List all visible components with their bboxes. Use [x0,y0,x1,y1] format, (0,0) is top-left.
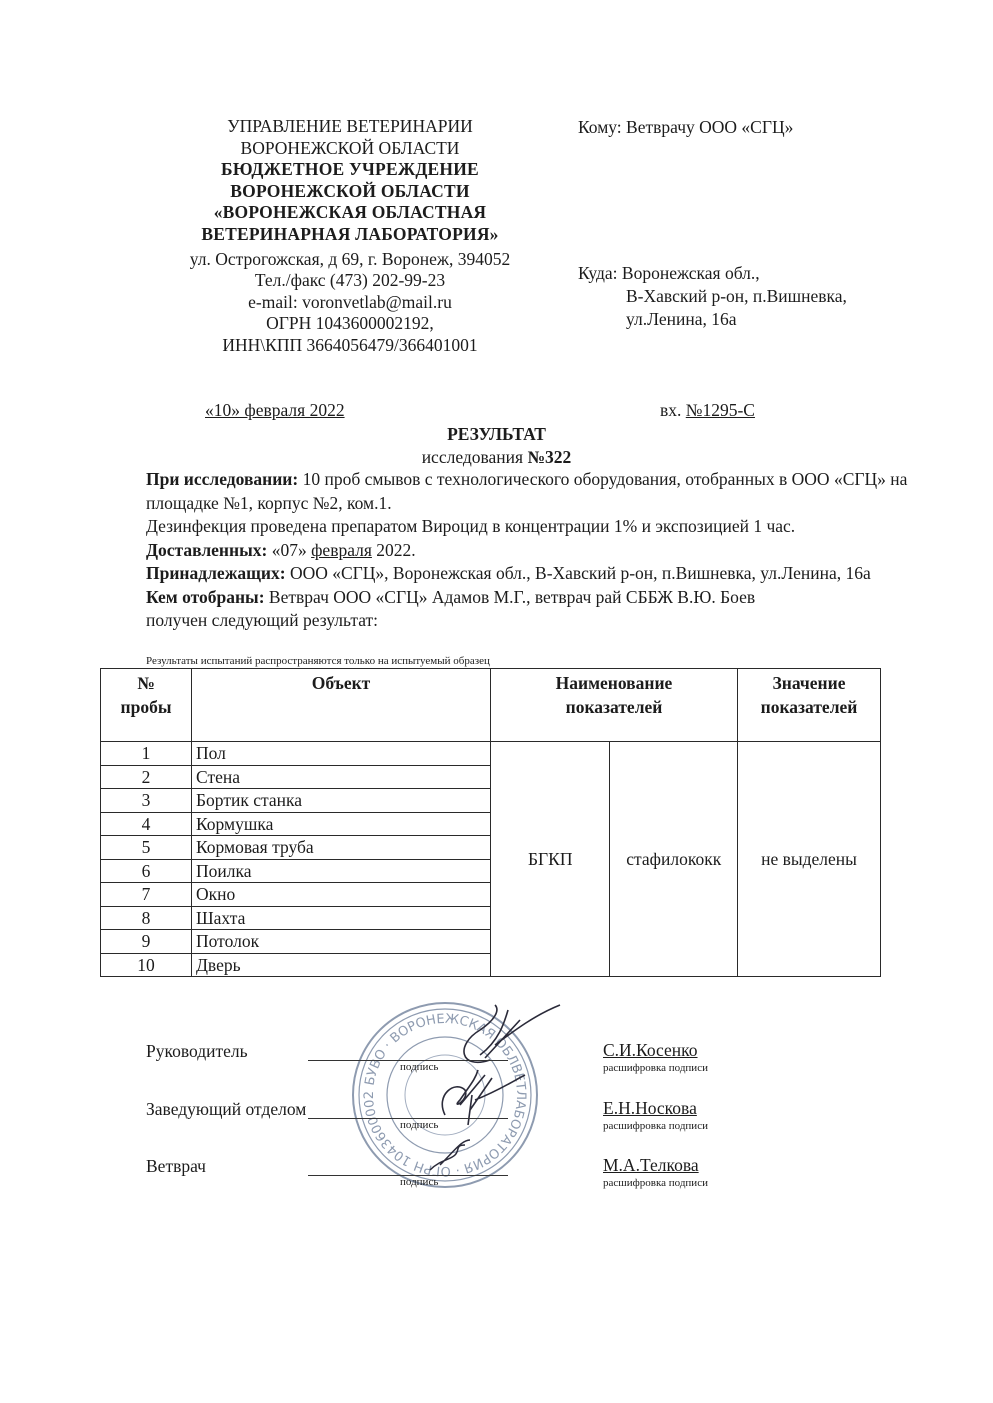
signature-caption: подпись [400,1176,438,1188]
signature-scribbles-icon [400,1000,600,1190]
table-header-row: № пробы Объект Наименование показателей … [101,669,881,742]
document-title: РЕЗУЛЬТАТ [0,424,993,445]
sample-no: 1 [101,742,192,766]
signer-role: Руководитель [146,1041,248,1062]
organization-header: УПРАВЛЕНИЕ ВЕТЕРИНАРИИ ВОРОНЕЖСКОЙ ОБЛАС… [150,116,550,357]
delivered-label: Доставленных: [146,540,267,560]
document-subtitle: исследования №322 [0,447,993,468]
sample-object: Кормушка [192,812,491,836]
incoming-no: №1295-С [686,400,755,420]
sampled-info: Кем отобраны: Ветврач ООО «СГЦ» Адамов М… [146,586,946,610]
sample-object: Кормовая труба [192,836,491,860]
delivered-info: Доставленных: «07» февраля 2022. [146,539,946,563]
signer-name: С.И.Косенко [603,1040,698,1061]
sample-no: 6 [101,859,192,883]
org-bold-line: ВЕТЕРИНАРНАЯ ЛАБОРАТОРИЯ» [150,224,550,246]
subtitle-prefix: исследования [422,447,528,467]
delivered-day: «07» [267,540,311,560]
org-inn: ИНН\КПП 3664056479/366401001 [150,335,550,357]
sample-no: 5 [101,836,192,860]
sample-no: 7 [101,883,192,907]
owner-label: Принадлежащих: [146,563,286,583]
indicator-staph: стафилококк [610,742,738,977]
signer-name: М.А.Телкова [603,1155,699,1176]
org-line: ВОРОНЕЖСКОЙ ОБЛАСТИ [150,138,550,160]
indicator-bgkp: БГКП [491,742,610,977]
sample-object: Бортик станка [192,789,491,813]
sample-object: Дверь [192,953,491,977]
org-phone: Тел./факс (473) 202-99-23 [150,270,550,292]
recipient-address-line: ул.Ленина, 16а [578,308,847,331]
signer-name-caption: расшифровка подписи [603,1177,708,1189]
org-email: e-mail: voronvetlab@mail.ru [150,292,550,314]
header-indicator-value: Значение показателей [738,669,881,742]
header-object: Объект [192,669,491,742]
org-bold-line: «ВОРОНЕЖСКАЯ ОБЛАСТНАЯ [150,202,550,224]
disinfection-info: Дезинфекция проведена препаратом Вироцид… [146,515,946,539]
org-bold-line: БЮДЖЕТНОЕ УЧРЕЖДЕНИЕ [150,159,550,181]
research-info: При исследовании: 10 проб смывов с техно… [146,468,946,515]
result-intro: получен следующий результат: [146,609,946,633]
signer-role: Ветврач [146,1156,206,1177]
sample-no: 4 [101,812,192,836]
research-label: При исследовании: [146,469,298,489]
sample-object: Окно [192,883,491,907]
recipient-address: Куда: Воронежская обл., В-Хавский р-он, … [578,262,847,331]
org-line: УПРАВЛЕНИЕ ВЕТЕРИНАРИИ [150,116,550,138]
signature-caption: подпись [400,1119,438,1131]
sample-object: Поилка [192,859,491,883]
signer-name: Е.Н.Носкова [603,1098,697,1119]
table-row: 1 Пол БГКП стафилококк не выделены [101,742,881,766]
sampled-label: Кем отобраны: [146,587,265,607]
recipient-to: Кому: Ветврачу ООО «СГЦ» [578,116,793,138]
sample-no: 9 [101,930,192,954]
sample-no: 3 [101,789,192,813]
document-date: «10» февраля 2022 [205,400,345,421]
header-sample-no: № пробы [101,669,192,742]
sample-object: Стена [192,765,491,789]
incoming-number: вх. №1295-С [660,400,755,421]
owner-info: Принадлежащих: ООО «СГЦ», Воронежская об… [146,562,946,586]
sample-no: 2 [101,765,192,789]
sample-object: Шахта [192,906,491,930]
sample-no: 10 [101,953,192,977]
signer-role: Заведующий отделом [146,1099,306,1120]
results-table: № пробы Объект Наименование показателей … [100,668,881,977]
header-label: Наименование показателей [495,671,733,719]
results-disclaimer: Результаты испытаний распространяются то… [146,655,490,667]
header-label: № пробы [105,671,187,719]
sample-no: 8 [101,906,192,930]
org-ogrn: ОГРН 1043600002192, [150,313,550,335]
signature-caption: подпись [400,1061,438,1073]
sample-object: Потолок [192,930,491,954]
indicator-value: не выделены [738,742,881,977]
signer-name-caption: расшифровка подписи [603,1120,708,1132]
delivered-year: 2022. [372,540,416,560]
header-indicator-name: Наименование показателей [491,669,738,742]
org-bold-line: ВОРОНЕЖСКОЙ ОБЛАСТИ [150,181,550,203]
owner-text: ООО «СГЦ», Воронежская обл., В-Хавский р… [286,563,871,583]
sample-object: Пол [192,742,491,766]
recipient-address-line: Куда: Воронежская обл., [578,262,847,285]
org-address: ул. Острогожская, д 69, г. Воронеж, 3940… [150,249,550,271]
research-details: При исследовании: 10 проб смывов с техно… [146,468,946,633]
incoming-prefix: вх. [660,400,686,420]
signer-name-caption: расшифровка подписи [603,1062,708,1074]
delivered-month: февраля [311,540,372,560]
recipient-address-line: В-Хавский р-он, п.Вишневка, [578,285,847,308]
header-label: Значение показателей [742,671,876,719]
research-number: №322 [527,447,571,467]
sampled-text: Ветврач ООО «СГЦ» Адамов М.Г., ветврач р… [265,587,756,607]
